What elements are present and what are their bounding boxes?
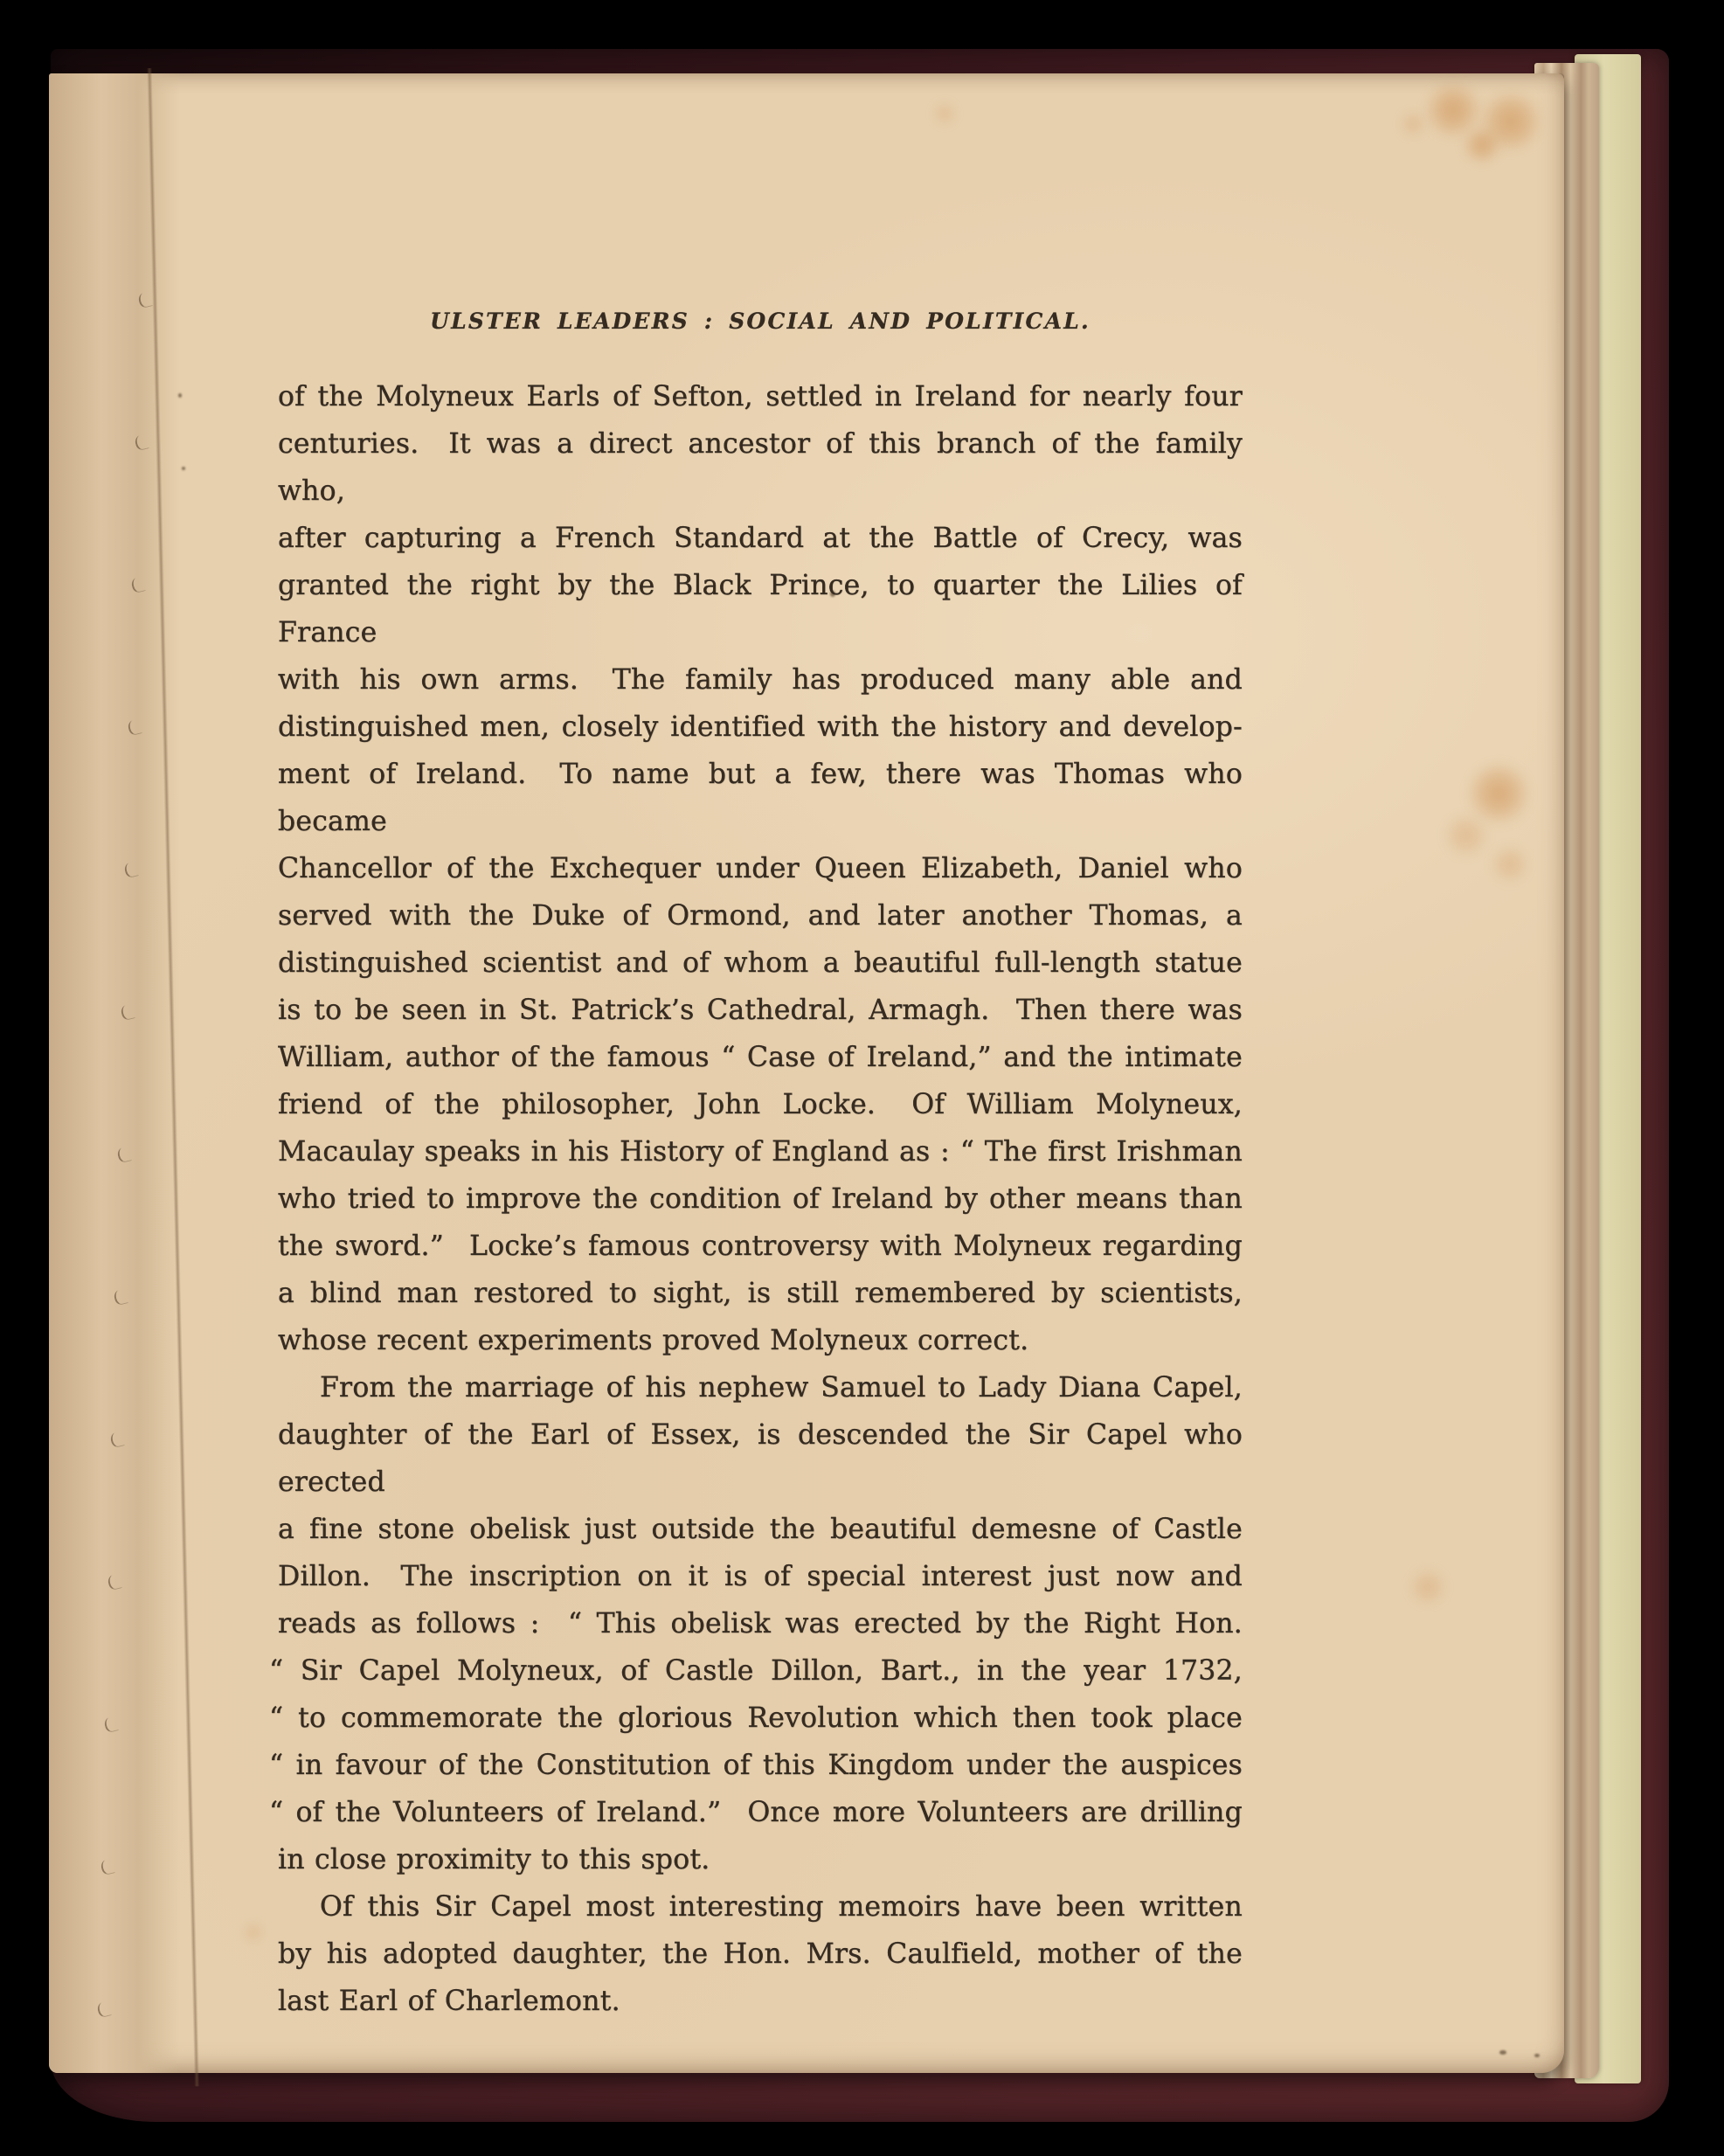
foxing-spot <box>1491 846 1529 883</box>
text-line: “ to commemorate the glorious Revolution… <box>269 1695 1243 1742</box>
text-line: is to be seen in St. Patrick’s Cathedral… <box>278 987 1243 1034</box>
text-line: William, author of the famous “ Case of … <box>278 1034 1243 1081</box>
text-line: “ in favour of the Constitution of this … <box>269 1742 1243 1789</box>
text-line: served with the Duke of Ormond, and late… <box>278 892 1243 939</box>
text-line: granted the right by the Black Prince, t… <box>278 562 1243 656</box>
foxing-spot <box>1463 128 1501 163</box>
text-line: with his own arms. The family has produc… <box>278 656 1243 704</box>
text-line: distinguished scientist and of whom a be… <box>278 939 1243 987</box>
text-line: whose recent experiments proved Molyneux… <box>278 1317 1243 1364</box>
foxing-spot <box>1466 764 1531 823</box>
text-line: Chancellor of the Exchequer under Queen … <box>278 845 1243 892</box>
text-line: a fine stone obelisk just outside the be… <box>278 1506 1243 1553</box>
text-line: the sword.” Locke’s famous controversy w… <box>278 1223 1243 1270</box>
foxing-spot <box>1409 1570 1447 1605</box>
gutter-shadow <box>49 73 180 2073</box>
foxing-spot <box>933 103 956 124</box>
text-line: by his adopted daughter, the Hon. Mrs. C… <box>278 1931 1243 1978</box>
text-line: after capturing a French Standard at the… <box>278 515 1243 562</box>
text-line: From the marriage of his nephew Samuel t… <box>278 1364 1243 1411</box>
text-line: centuries. It was a direct ancestor of t… <box>278 420 1243 515</box>
text-line: friend of the philosopher, John Locke. O… <box>278 1081 1243 1128</box>
text-line: a blind man restored to sight, is still … <box>278 1270 1243 1317</box>
ink-speck <box>178 393 182 398</box>
text-line: “ Sir Capel Molyneux, of Castle Dillon, … <box>269 1647 1243 1695</box>
paper-fleck <box>1534 2054 1540 2057</box>
running-header: ULSTER LEADERS : SOCIAL AND POLITICAL. <box>278 308 1243 336</box>
text-line: Macaulay speaks in his History of Englan… <box>278 1128 1243 1175</box>
text-line: distinguished men, closely identified wi… <box>278 704 1243 751</box>
paper-fleck <box>1499 2050 1506 2055</box>
text-line: reads as follows : “ This obelisk was er… <box>278 1600 1243 1647</box>
text-line: who tried to improve the condition of Ir… <box>278 1175 1243 1223</box>
ink-speck <box>182 467 185 470</box>
text-line: ment of Ireland. To name but a few, ther… <box>278 751 1243 845</box>
text-line: of the Molyneux Earls of Sefton, settled… <box>278 373 1243 420</box>
book-page: ULSTER LEADERS : SOCIAL AND POLITICAL. o… <box>49 73 1564 2073</box>
text-line: Dillon. The inscription on it is of spec… <box>278 1553 1243 1600</box>
text-line: Of this Sir Capel most interesting memoi… <box>278 1883 1243 1931</box>
book-photo: ULSTER LEADERS : SOCIAL AND POLITICAL. o… <box>0 0 1724 2156</box>
text-line: in close proximity to this spot. <box>278 1836 1243 1883</box>
text-line: “ of the Volunteers of Ireland.” Once mo… <box>269 1789 1243 1836</box>
foxing-spot <box>1400 112 1426 136</box>
body-text: of the Molyneux Earls of Sefton, settled… <box>278 373 1243 2025</box>
foxing-spot <box>1444 815 1489 856</box>
text-line: last Earl of Charlemont. <box>278 1978 1243 2025</box>
foxing-spot <box>243 1923 264 1942</box>
text-line: daughter of the Earl of Essex, is descen… <box>278 1411 1243 1506</box>
